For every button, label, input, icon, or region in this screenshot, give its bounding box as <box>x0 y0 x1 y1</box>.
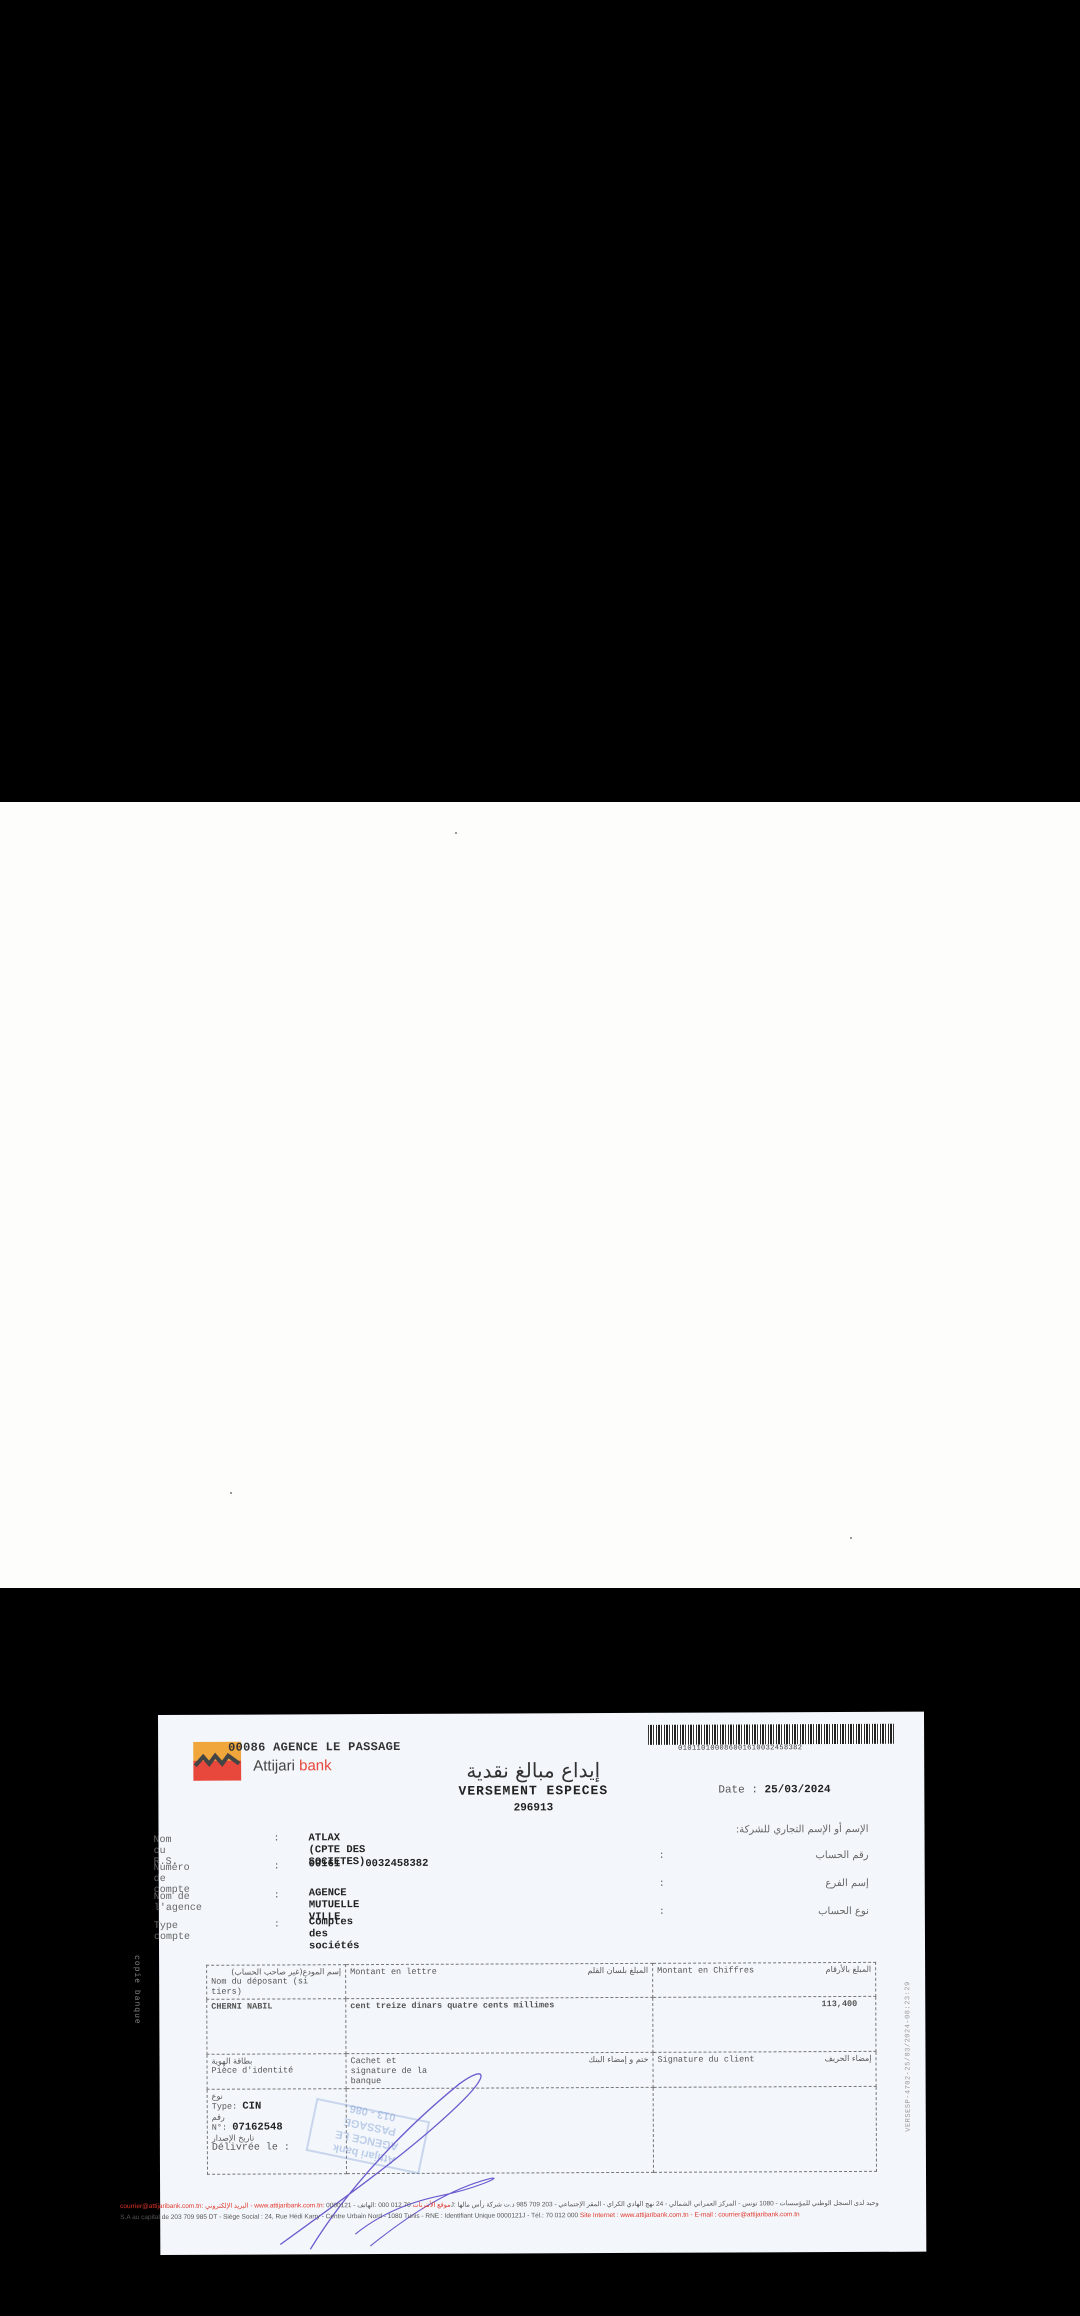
colon: : <box>659 1907 665 1918</box>
id-header: بطاقة الهوية Pièce d'identité <box>207 2054 346 2090</box>
footer-line-1: courrier@attijaribank.com.tn: البريد الإ… <box>120 2199 925 2211</box>
scan-speck <box>850 1537 852 1539</box>
date-label: Date : <box>718 1784 758 1796</box>
colon: : <box>274 1919 280 1930</box>
title-french: VERSEMENT ESPECES <box>423 1783 643 1799</box>
deposit-slip: 00086 AGENCE LE PASSAGE Attijari bank 01… <box>158 1712 926 2255</box>
scanned-page: 00086 AGENCE LE PASSAGE Attijari bank 01… <box>0 802 1080 1588</box>
amount-in-words: cent treize dinars quatre cents millimes <box>346 1997 653 2053</box>
amount-in-figures: 113,400 <box>653 1996 876 2052</box>
field-label-type: Type compte <box>154 1921 190 1943</box>
agency-header: 00086 AGENCE LE PASSAGE <box>228 1740 401 1755</box>
scan-speck <box>230 1492 232 1494</box>
client-signature-area <box>653 2086 876 2172</box>
scan-speck <box>455 832 457 834</box>
field-value-account: 00161 0032458382 <box>309 1858 429 1871</box>
field-label-type-ar: نوع الحساب <box>699 1906 869 1918</box>
footer-line-2: S.A au capital de 203 709 985 DT - Siège… <box>120 2211 925 2222</box>
field-value-type: Comptes des sociétés <box>309 1916 360 1952</box>
amount-figures-header: Montant en Chiffres المبلغ بالأرقام <box>653 1962 876 1997</box>
colon: : <box>274 1861 280 1872</box>
brand-name-primary: Attijari <box>253 1757 295 1774</box>
colon: : <box>659 1879 665 1890</box>
barcode <box>648 1724 894 1745</box>
field-label-account-ar: رقم الحساب <box>699 1850 869 1862</box>
depositor-header: إسم المودع(غير صاحب الحساب) Nom du dépos… <box>207 1965 346 2000</box>
date: Date : 25/03/2024 <box>718 1784 830 1796</box>
copy-label: copie banque <box>132 1955 141 2025</box>
brand-name-secondary: bank <box>299 1757 332 1774</box>
field-label-agency: Nom de l'agence <box>154 1892 202 1914</box>
slip-number: 296913 <box>423 1802 643 1815</box>
brand-name: Attijari bank <box>253 1757 331 1774</box>
colon: : <box>274 1833 280 1844</box>
field-label-agency-ar: إسم الفرع <box>699 1878 869 1890</box>
client-signature-header: Signature du client إمضاء الحريف <box>653 2051 876 2087</box>
bank-signature-header: ختم و إمضاء البنك Cachet et signature de… <box>346 2052 653 2088</box>
title-arabic: إيداع مبالغ نقدية <box>423 1758 643 1783</box>
barcode-number: 010110100086001610032458382 <box>678 1744 802 1753</box>
colon: : <box>659 1851 665 1862</box>
id-number: 07162548 <box>232 2121 282 2133</box>
print-reference: VERSESP-4702-25/03/2024-08:23:29 <box>904 1981 913 2131</box>
id-type: CIN <box>242 2101 261 2113</box>
field-label-name-ar: الإسم أو الإسم التجاري للشركة: <box>578 1824 868 1836</box>
depositor-name: CHERNI NABIL <box>207 1999 346 2055</box>
colon: : <box>274 1890 280 1901</box>
amount-words-header: Montant en lettre المبلغ بلسان القلم <box>346 1963 653 1998</box>
date-value: 25/03/2024 <box>765 1784 831 1796</box>
